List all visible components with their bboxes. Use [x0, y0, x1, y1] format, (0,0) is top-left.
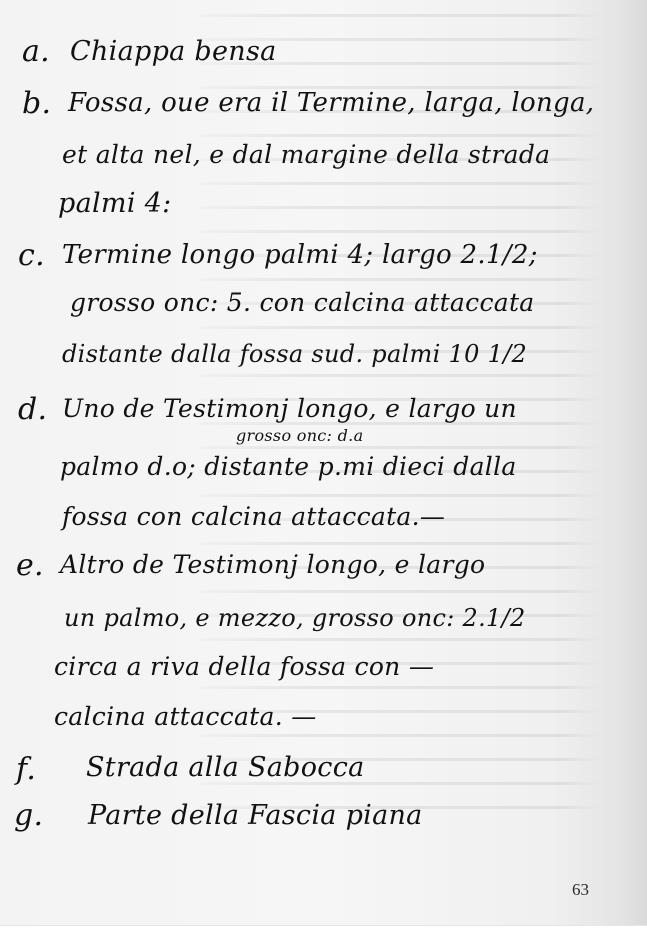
legend-letter-a: a. [22, 34, 50, 69]
legend-c-line-3: distante dalla fossa sud. palmi 10 1/2 [62, 340, 527, 368]
legend-letter-c: c. [18, 238, 45, 273]
legend-d-line-1: Uno de Testimonj longo, e largo un [62, 394, 517, 423]
page-number: 63 [572, 880, 589, 900]
legend-letter-d: d. [18, 392, 47, 427]
legend-c-line-2: grosso onc: 5. con calcina attaccata [70, 288, 535, 317]
legend-b-line-1: Fossa, oue era il Termine, larga, longa, [68, 88, 594, 118]
legend-f-line-1: Strada alla Sabocca [86, 752, 365, 783]
legend-d-line-2: palmo d.o; distante p.mi dieci dalla [60, 452, 517, 481]
legend-b-line-2: et alta nel, e dal margine della strada [62, 140, 550, 169]
legend-d-interlinear-note: grosso onc: d.a [236, 426, 363, 445]
legend-e-line-2: un palmo, e mezzo, grosso onc: 2.1/2 [64, 604, 526, 632]
legend-d-line-3: fossa con calcina attaccata.— [62, 502, 445, 531]
legend-letter-e: e. [16, 548, 44, 583]
legend-letter-b: b. [22, 86, 51, 121]
legend-letter-f: f. [16, 752, 36, 787]
legend-e-line-4: calcina attaccata. — [54, 702, 317, 731]
scanned-page: a. Chiappa bensa b. Fossa, oue era il Te… [0, 0, 647, 925]
legend-c-line-1: Termine longo palmi 4; largo 2.1/2; [62, 240, 538, 270]
legend-b-line-3: palmi 4: [58, 188, 172, 219]
legend-e-line-3: circa a riva della fossa con — [54, 652, 434, 681]
legend-g-line-1: Parte della Fascia piana [88, 800, 423, 831]
page-bottom-edge [0, 925, 647, 943]
legend-a-line-1: Chiappa bensa [70, 36, 277, 67]
legend-letter-g: g. [14, 798, 43, 833]
legend-e-line-1: Altro de Testimonj longo, e largo [60, 550, 485, 579]
